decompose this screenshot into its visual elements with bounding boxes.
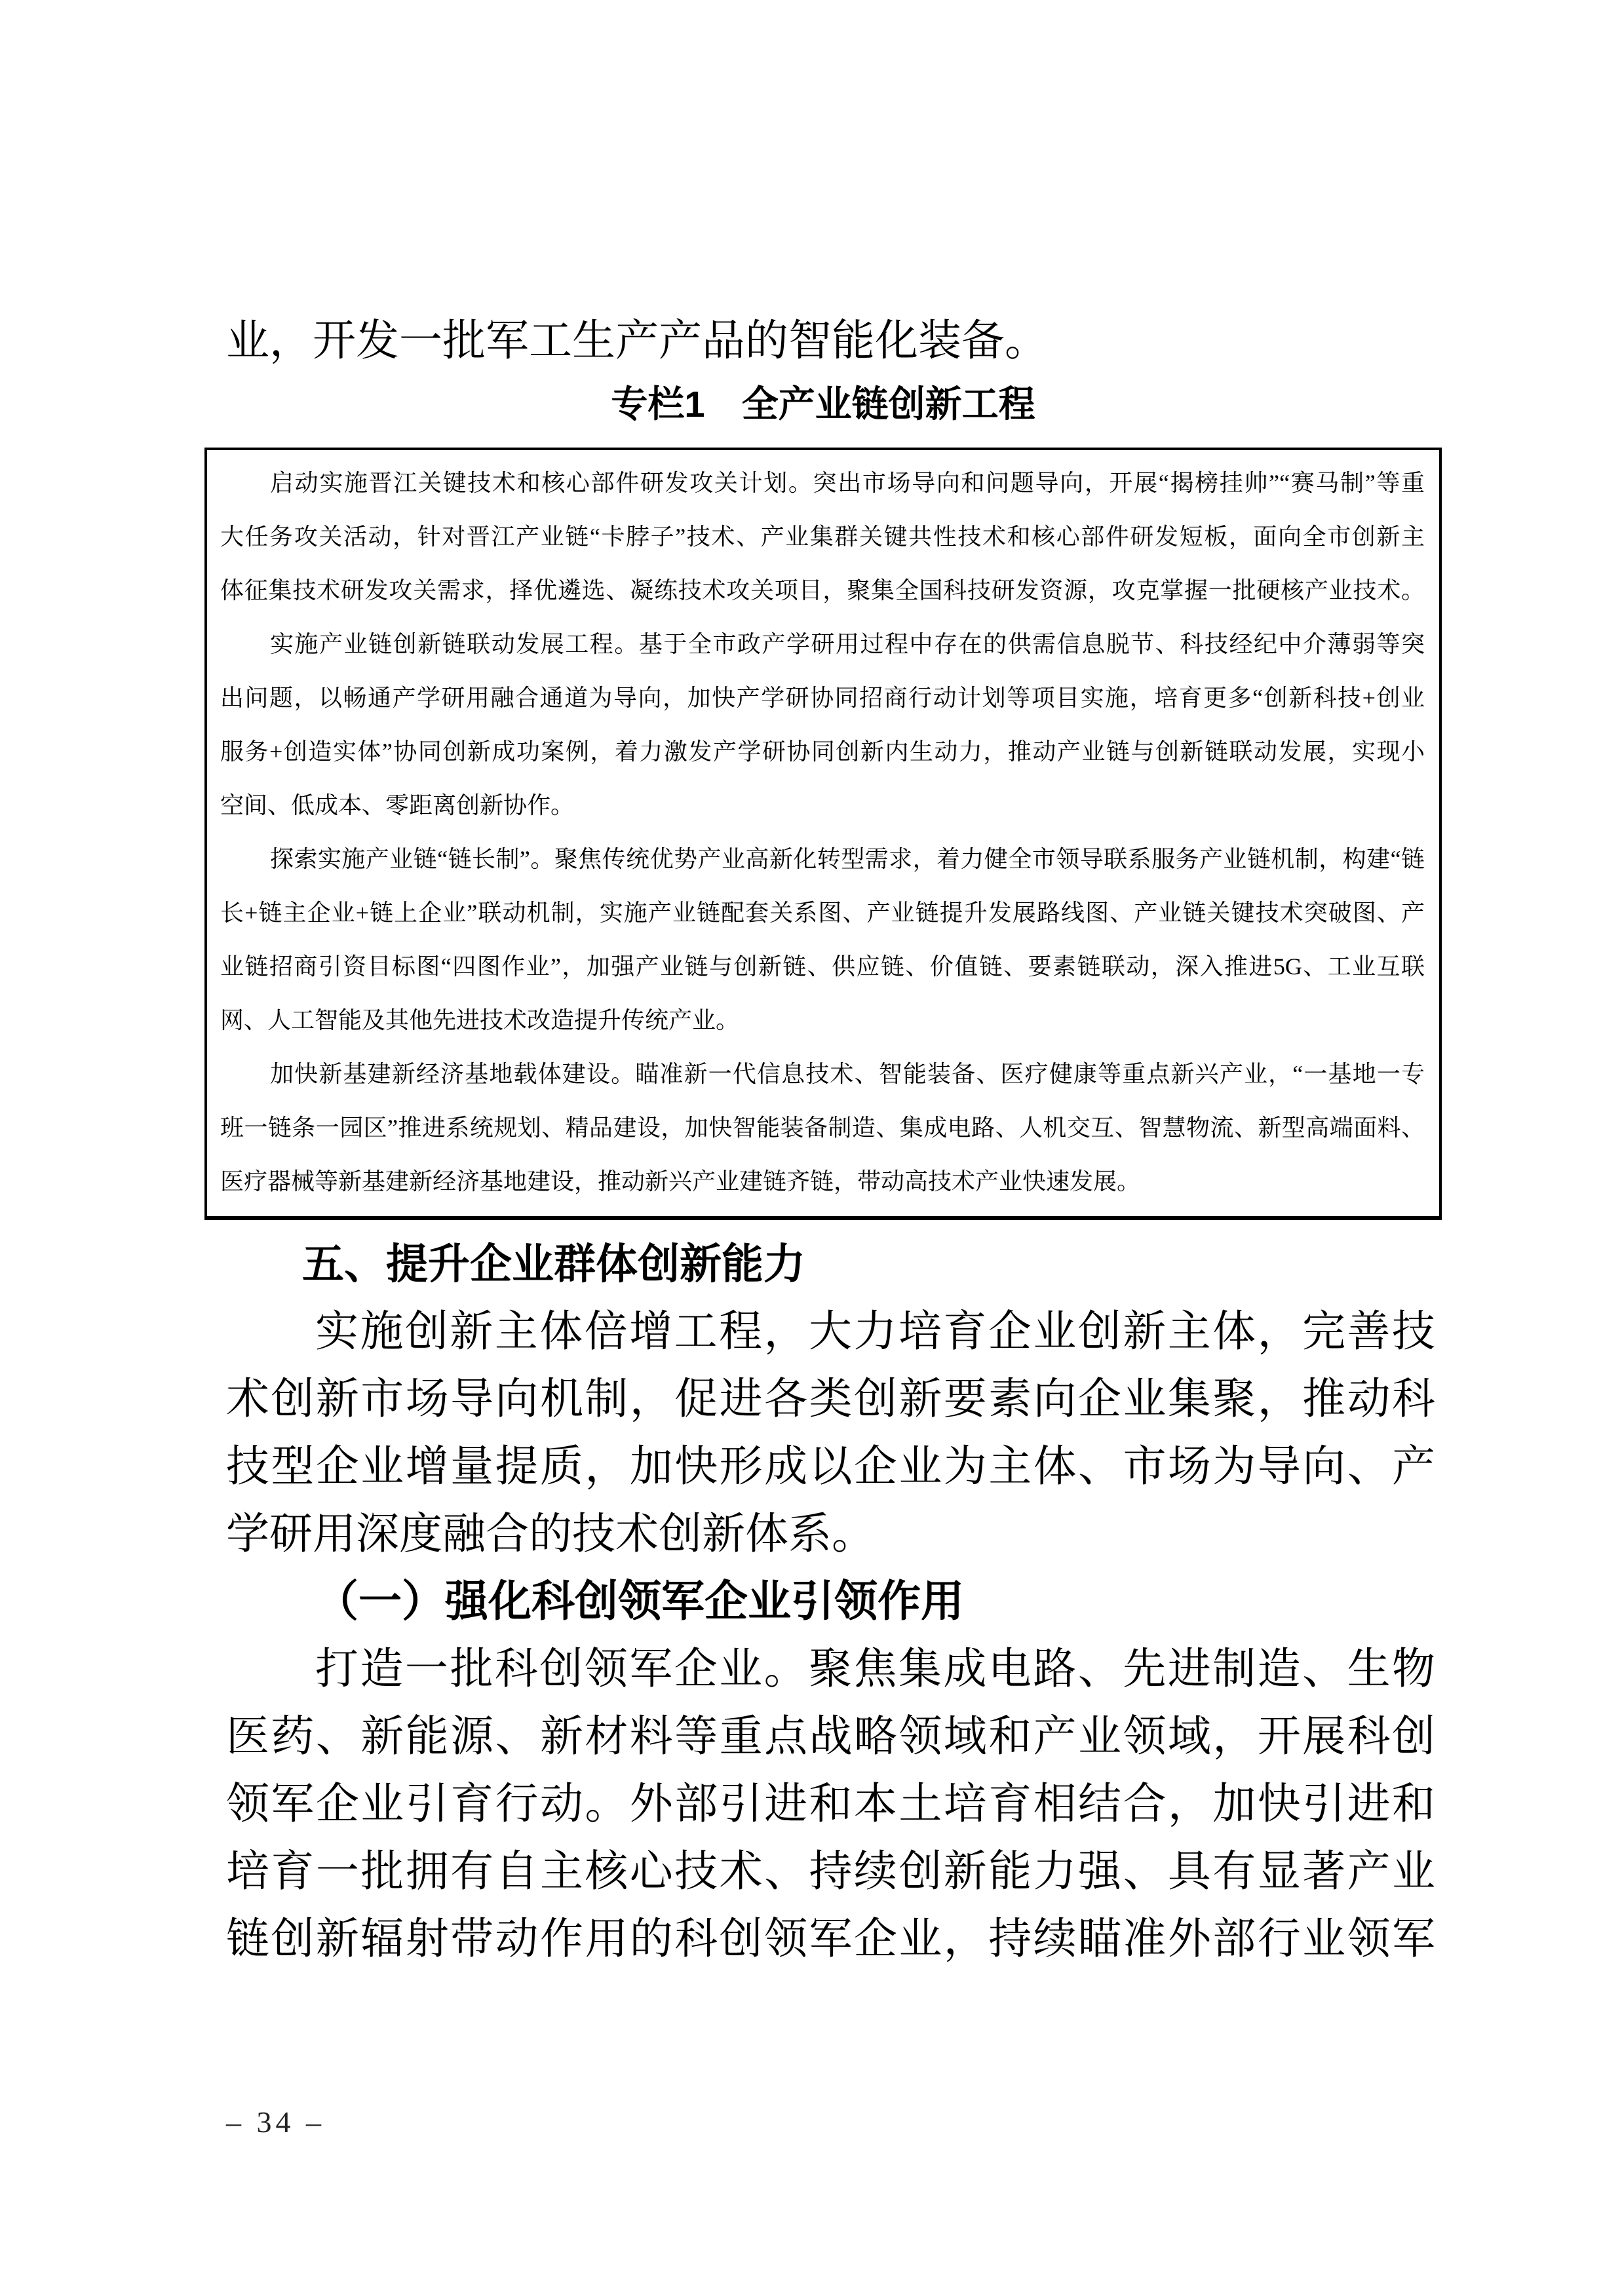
box-text-line: 体征集技术研发攻关需求，择优遴选、凝练技术攻关项目，聚集全国科技研发资源，攻克掌… — [220, 564, 1425, 617]
box-text-line: 业链招商引资目标图“四图作业”，加强产业链与创新链、供应链、价值链、要素链联动，… — [220, 940, 1425, 993]
feature-box-title: 专栏1 全产业链创新工程 — [204, 384, 1442, 425]
box-text-line: 大任务攻关活动，针对晋江产业链“卡脖子”技术、产业集群关键共性技术和核心部件研发… — [220, 510, 1425, 564]
body-line: 实施创新主体倍增工程，大力培育企业创新主体，完善技 — [226, 1298, 1435, 1366]
body-line: 术创新市场导向机制，促进各类创新要素向企业集聚，推动科 — [226, 1366, 1435, 1433]
box-text-line: 空间、低成本、零距离创新协作。 — [220, 778, 1425, 832]
feature-box: 启动实施晋江关键技术和核心部件研发攻关计划。突出市场导向和问题导向，开展“揭榜挂… — [204, 448, 1442, 1220]
body-line: 技型企业增量提质，加快形成以企业为主体、市场为导向、产 — [226, 1433, 1435, 1501]
box-text-line: 网、人工智能及其他先进技术改造提升传统产业。 — [220, 993, 1425, 1047]
body-line: 培育一批拥有自主核心技术、持续创新能力强、具有显著产业 — [226, 1838, 1435, 1905]
body-line: 学研用深度融合的技术创新体系。 — [226, 1501, 1435, 1568]
body-line: 领军企业引育行动。外部引进和本土培育相结合，加快引进和 — [226, 1770, 1435, 1838]
box-text-line: 启动实施晋江关键技术和核心部件研发攻关计划。突出市场导向和问题导向，开展“揭榜挂… — [220, 456, 1425, 510]
section-heading: 五、提升企业群体创新能力 — [226, 1231, 1435, 1298]
box-text-line: 探索实施产业链“链长制”。聚焦传统优势产业高新化转型需求，着力健全市领导联系服务… — [220, 832, 1425, 886]
body-line: 链创新辐射带动作用的科创领军企业，持续瞄准外部行业领军 — [226, 1905, 1435, 1973]
box-text-line: 长+链主企业+链上企业”联动机制，实施产业链配套关系图、产业链提升发展路线图、产… — [220, 886, 1425, 940]
box-text-line: 加快新基建新经济基地载体建设。瞄准新一代信息技术、智能装备、医疗健康等重点新兴产… — [220, 1047, 1425, 1101]
box-text-line: 服务+创造实体”协同创新成功案例，着力激发产学研协同创新内生动力，推动产业链与创… — [220, 725, 1425, 778]
box-text-line: 医疗器械等新基建新经济基地建设，推动新兴产业建链齐链，带动高技术产业快速发展。 — [220, 1155, 1425, 1208]
body-line: 打造一批科创领军企业。聚焦集成电路、先进制造、生物 — [226, 1636, 1435, 1703]
box-text-line: 出问题，以畅通产学研用融合通道为导向，加快产学研协同招商行动计划等项目实施，培育… — [220, 671, 1425, 725]
subsection-heading: （一）强化科创领军企业引领作用 — [226, 1568, 1435, 1636]
document-page: 业，开发一批军工生产产品的智能化装备。 专栏1 全产业链创新工程 启动实施晋江关… — [0, 0, 1622, 2296]
page-number: – 34 – — [226, 2105, 325, 2139]
box-text-line: 班一链条一园区”推进系统规划、精品建设，加快智能装备制造、集成电路、人机交互、智… — [220, 1101, 1425, 1155]
body-line: 医药、新能源、新材料等重点战略领域和产业领域，开展科创 — [226, 1703, 1435, 1770]
box-text-line: 实施产业链创新链联动发展工程。基于全市政产学研用过程中存在的供需信息脱节、科技经… — [220, 617, 1425, 671]
section-body: 五、提升企业群体创新能力 实施创新主体倍增工程，大力培育企业创新主体，完善技 术… — [226, 1231, 1435, 1973]
continuation-paragraph-line: 业，开发一批军工生产产品的智能化装备。 — [226, 318, 1435, 364]
